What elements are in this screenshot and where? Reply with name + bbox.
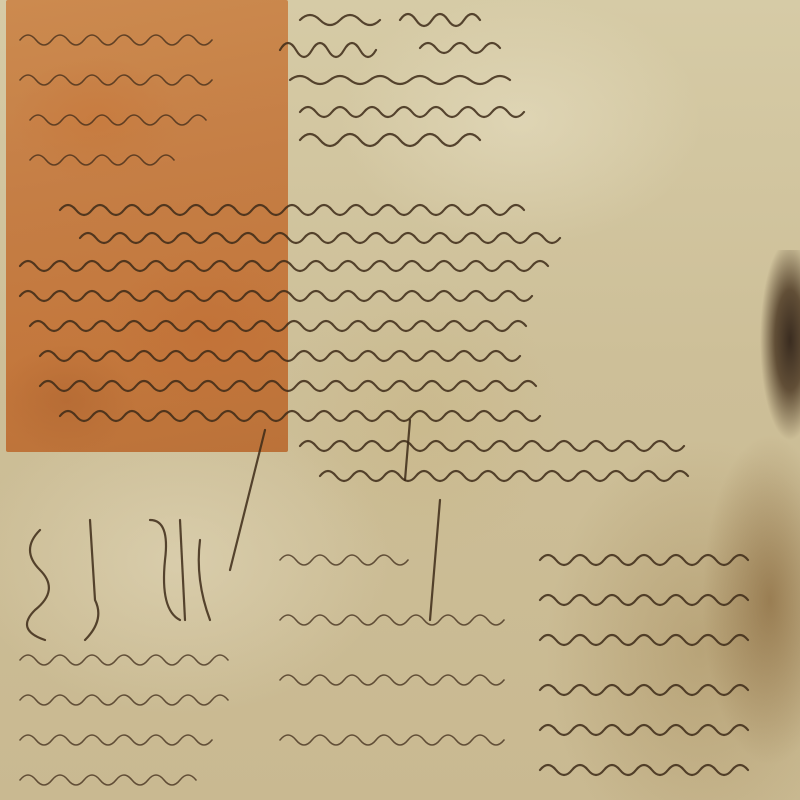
rug-artwork (0, 0, 800, 800)
handwriting-strokes (0, 0, 800, 800)
